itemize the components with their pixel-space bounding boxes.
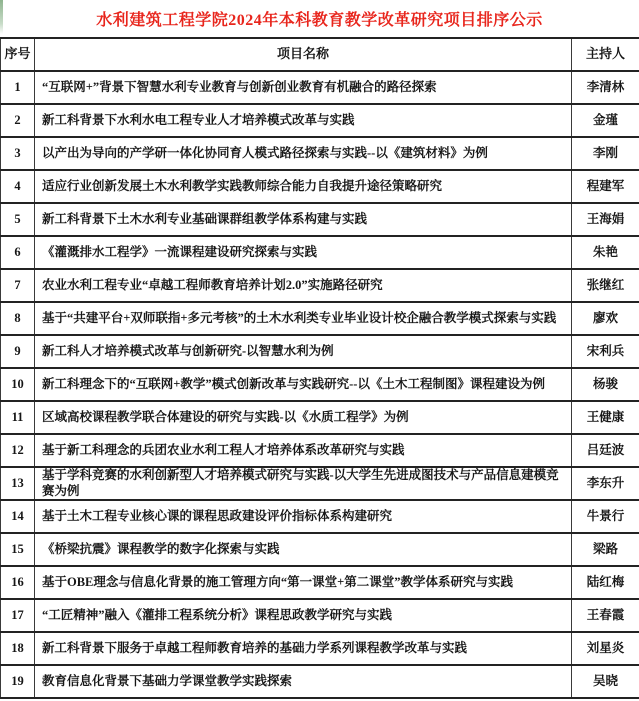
row-number-cell: 8	[1, 302, 35, 335]
leader-name-cell: 吴晓	[572, 665, 639, 698]
leader-name-cell: 廖欢	[572, 302, 639, 335]
table-row: 5 新工科背景下土木水利专业基础课群组教学体系构建与实践 王海娟	[1, 203, 639, 236]
row-number-cell: 3	[1, 137, 35, 170]
leader-name-cell: 程建军	[572, 170, 639, 203]
column-header-project: 项目名称	[35, 38, 572, 71]
project-name-cell: 新工科理念下的“互联网+教学”模式创新改革与实践研究--以《土木工程制图》课程建…	[35, 368, 572, 401]
row-number-cell: 1	[1, 71, 35, 104]
column-header-no: 序号	[1, 38, 35, 71]
table-header-row: 序号 项目名称 主持人	[1, 38, 639, 71]
project-name-cell: 基于新工科理念的兵团农业水利工程人才培养体系改革研究与实践	[35, 434, 572, 467]
column-header-leader: 主持人	[572, 38, 639, 71]
row-number-cell: 4	[1, 170, 35, 203]
leader-name-cell: 牛景行	[572, 500, 639, 533]
project-name-cell: 基于“共建平台+双师联指+多元考核”的土木水利类专业毕业设计校企融合教学模式探索…	[35, 302, 572, 335]
table-row: 3 以产出为导向的产学研一体化协同育人模式路径探索与实践--以《建筑材料》为例 …	[1, 137, 639, 170]
table-row: 1 “互联网+”背景下智慧水利专业教育与创新创业教育有机融合的路径探索 李清林	[1, 71, 639, 104]
page-title: 水利建筑工程学院2024年本科教育教学改革研究项目排序公示	[96, 7, 543, 30]
table-row: 15 《桥梁抗震》课程教学的数字化探索与实践 梁路	[1, 533, 639, 566]
row-number-cell: 18	[1, 632, 35, 665]
table-row: 4 适应行业创新发展土木水利教学实践教师综合能力自我提升途径策略研究 程建军	[1, 170, 639, 203]
table-row: 9 新工科人才培养模式改革与创新研究-以智慧水利为例 宋利兵	[1, 335, 639, 368]
project-name-cell: 基于土木工程专业核心课的课程思政建设评价指标体系构建研究	[35, 500, 572, 533]
leader-name-cell: 王春霞	[572, 599, 639, 632]
project-ranking-table: 序号 项目名称 主持人 1 “互联网+”背景下智慧水利专业教育与创新创业教育有机…	[0, 37, 639, 699]
leader-name-cell: 李清林	[572, 71, 639, 104]
table-row: 13 基于学科竞赛的水利创新型人才培养模式研究与实践-以大学生先进成图技术与产品…	[1, 467, 639, 500]
row-number-cell: 5	[1, 203, 35, 236]
row-number-cell: 12	[1, 434, 35, 467]
row-number-cell: 15	[1, 533, 35, 566]
table-row: 10 新工科理念下的“互联网+教学”模式创新改革与实践研究--以《土木工程制图》…	[1, 368, 639, 401]
table-row: 12 基于新工科理念的兵团农业水利工程人才培养体系改革研究与实践 吕廷波	[1, 434, 639, 467]
project-name-cell: 基于OBE理念与信息化背景的施工管理方向“第一课堂+第二课堂”教学体系研究与实践	[35, 566, 572, 599]
leader-name-cell: 王海娟	[572, 203, 639, 236]
project-name-cell: 以产出为导向的产学研一体化协同育人模式路径探索与实践--以《建筑材料》为例	[35, 137, 572, 170]
leader-name-cell: 王健康	[572, 401, 639, 434]
row-number-cell: 9	[1, 335, 35, 368]
table-row: 17 “工匠精神”融入《灌排工程系统分析》课程思政教学研究与实践 王春霞	[1, 599, 639, 632]
row-number-cell: 10	[1, 368, 35, 401]
row-number-cell: 6	[1, 236, 35, 269]
project-name-cell: “互联网+”背景下智慧水利专业教育与创新创业教育有机融合的路径探索	[35, 71, 572, 104]
table-row: 7 农业水利工程专业“卓越工程师教育培养计划2.0”实施路径研究 张继红	[1, 269, 639, 302]
row-number-cell: 17	[1, 599, 35, 632]
table-row: 11 区域高校课程教学联合体建设的研究与实践-以《水质工程学》为例 王健康	[1, 401, 639, 434]
row-number-cell: 2	[1, 104, 35, 137]
leader-name-cell: 张继红	[572, 269, 639, 302]
table-row: 18 新工科背景下服务于卓越工程师教育培养的基础力学系列课程教学改革与实践 刘星…	[1, 632, 639, 665]
table-row: 2 新工科背景下水利水电工程专业人才培养模式改革与实践 金瑾	[1, 104, 639, 137]
project-name-cell: 适应行业创新发展土木水利教学实践教师综合能力自我提升途径策略研究	[35, 170, 572, 203]
leader-name-cell: 陆红梅	[572, 566, 639, 599]
row-number-cell: 7	[1, 269, 35, 302]
leader-name-cell: 梁路	[572, 533, 639, 566]
leader-name-cell: 朱艳	[572, 236, 639, 269]
project-name-cell: “工匠精神”融入《灌排工程系统分析》课程思政教学研究与实践	[35, 599, 572, 632]
row-number-cell: 13	[1, 467, 35, 500]
project-name-cell: 新工科人才培养模式改革与创新研究-以智慧水利为例	[35, 335, 572, 368]
row-number-cell: 14	[1, 500, 35, 533]
project-name-cell: 农业水利工程专业“卓越工程师教育培养计划2.0”实施路径研究	[35, 269, 572, 302]
table-row: 14 基于土木工程专业核心课的课程思政建设评价指标体系构建研究 牛景行	[1, 500, 639, 533]
table-row: 16 基于OBE理念与信息化背景的施工管理方向“第一课堂+第二课堂”教学体系研究…	[1, 566, 639, 599]
table-row: 19 教育信息化背景下基础力学课堂教学实践探索 吴晓	[1, 665, 639, 698]
leader-name-cell: 吕廷波	[572, 434, 639, 467]
project-name-cell: 新工科背景下水利水电工程专业人才培养模式改革与实践	[35, 104, 572, 137]
project-name-cell: 新工科背景下服务于卓越工程师教育培养的基础力学系列课程教学改革与实践	[35, 632, 572, 665]
table-row: 8 基于“共建平台+双师联指+多元考核”的土木水利类专业毕业设计校企融合教学模式…	[1, 302, 639, 335]
project-name-cell: 基于学科竞赛的水利创新型人才培养模式研究与实践-以大学生先进成图技术与产品信息建…	[35, 467, 572, 500]
leader-name-cell: 李东升	[572, 467, 639, 500]
leader-name-cell: 刘星炎	[572, 632, 639, 665]
row-number-cell: 16	[1, 566, 35, 599]
project-name-cell: 《桥梁抗震》课程教学的数字化探索与实践	[35, 533, 572, 566]
leader-name-cell: 金瑾	[572, 104, 639, 137]
title-band: 水利建筑工程学院2024年本科教育教学改革研究项目排序公示	[0, 0, 639, 37]
green-edge-accent	[0, 0, 3, 34]
table-row: 6 《灌溉排水工程学》一流课程建设研究探索与实践 朱艳	[1, 236, 639, 269]
row-number-cell: 11	[1, 401, 35, 434]
project-name-cell: 新工科背景下土木水利专业基础课群组教学体系构建与实践	[35, 203, 572, 236]
project-name-cell: 教育信息化背景下基础力学课堂教学实践探索	[35, 665, 572, 698]
row-number-cell: 19	[1, 665, 35, 698]
leader-name-cell: 宋利兵	[572, 335, 639, 368]
project-name-cell: 区域高校课程教学联合体建设的研究与实践-以《水质工程学》为例	[35, 401, 572, 434]
project-name-cell: 《灌溉排水工程学》一流课程建设研究探索与实践	[35, 236, 572, 269]
leader-name-cell: 杨骏	[572, 368, 639, 401]
announcement-sheet: 水利建筑工程学院2024年本科教育教学改革研究项目排序公示 序号 项目名称 主持…	[0, 0, 639, 701]
leader-name-cell: 李刚	[572, 137, 639, 170]
